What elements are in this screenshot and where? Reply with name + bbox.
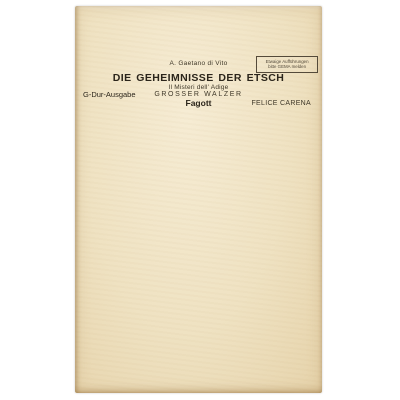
- gema-stamp-text: Etwaige Aufführungen bitte GEMA melden: [266, 60, 309, 69]
- dedicatee-name: FELICE CARENA: [251, 100, 311, 108]
- page-title: DIE GEHEIMNISSE DER ETSCH: [75, 72, 322, 84]
- sheet-music-cover-page: A. Gaetano di Vito DIE GEHEIMNISSE DER E…: [75, 6, 322, 393]
- gema-stamp-line2: bitte GEMA melden: [266, 65, 309, 70]
- scanned-page-backdrop: A. Gaetano di Vito DIE GEHEIMNISSE DER E…: [0, 0, 400, 400]
- gema-stamp-box: Etwaige Aufführungen bitte GEMA melden: [256, 56, 318, 73]
